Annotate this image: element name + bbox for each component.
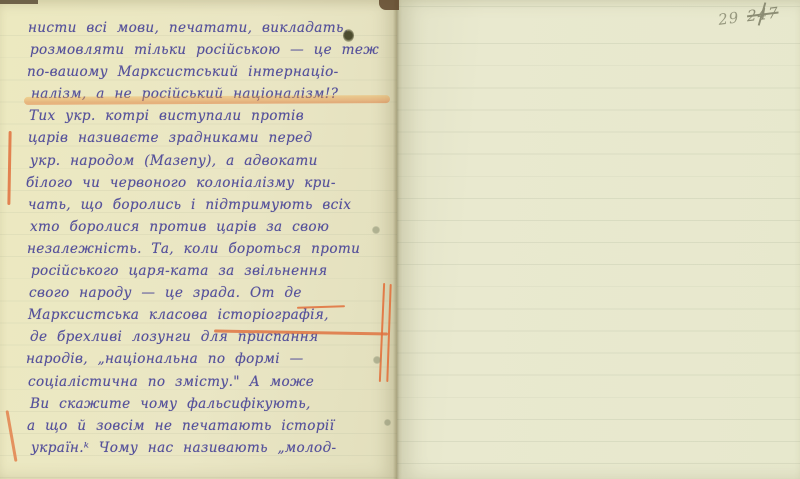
page-number-pencil: 29 bbox=[717, 8, 740, 28]
ruled-lines-right bbox=[397, 0, 800, 479]
handwriting-line: чать, що боролись і підтримують всіх bbox=[28, 194, 392, 216]
handwriting-line: де брехливі лозунги для приспання bbox=[30, 326, 392, 348]
document-scan: нисти всі мови, печатати, викладать,розм… bbox=[0, 0, 800, 479]
scan-edge-top-left bbox=[0, 0, 38, 4]
scan-edge-top-center bbox=[379, 0, 399, 10]
left-page-text: нисти всі мови, печатати, викладать,розм… bbox=[28, 17, 392, 459]
handwriting-line: налізм, а не російський націоналізм!? bbox=[31, 83, 392, 105]
handwriting-line: Марксистська класова історіографія, bbox=[28, 304, 392, 326]
handwriting-line: Тих укр. котрі виступали протів bbox=[29, 105, 392, 127]
handwriting-line: російського царя-ката за звільнення bbox=[31, 260, 392, 282]
handwriting-line: україн.ᵏ Чому нас називають „молод- bbox=[31, 437, 392, 459]
red-margin-line bbox=[7, 131, 11, 205]
handwriting-line: незалежність. Та, коли бороться проти bbox=[27, 238, 392, 260]
handwriting-line: народів, „національна по формі — bbox=[26, 348, 392, 370]
handwriting-line: хто боролися против царів за свою bbox=[30, 216, 392, 238]
handwriting-line: свого народу — це зрада. От де bbox=[29, 282, 392, 304]
page-number-crossed-out: 247 bbox=[747, 3, 779, 25]
handwriting-line: по-вашому Марксистський інтернаціо- bbox=[27, 61, 392, 83]
handwriting-line: білого чи червоного колоніалізму кри- bbox=[26, 172, 392, 194]
left-page: нисти всі мови, печатати, викладать,розм… bbox=[0, 0, 397, 479]
red-margin-slash bbox=[6, 410, 18, 462]
handwriting-line: царів називаєте зрадниками перед bbox=[28, 127, 392, 149]
right-page: шими братами" тоді, коли Київськадержава… bbox=[397, 0, 800, 479]
handwriting-line: розмовляти тільки російською — це теж bbox=[30, 39, 392, 61]
handwriting-line: укр. народом (Мазепу), а адвокати bbox=[30, 150, 392, 172]
handwriting-line: Ви скажите чому фальсифікують, bbox=[30, 393, 392, 415]
handwriting-line: нисти всі мови, печатати, викладать, bbox=[28, 17, 392, 39]
handwriting-line: а що й зовсім не печатають історії bbox=[27, 415, 392, 437]
handwriting-line: соціалістична по змісту." А може bbox=[28, 371, 392, 393]
